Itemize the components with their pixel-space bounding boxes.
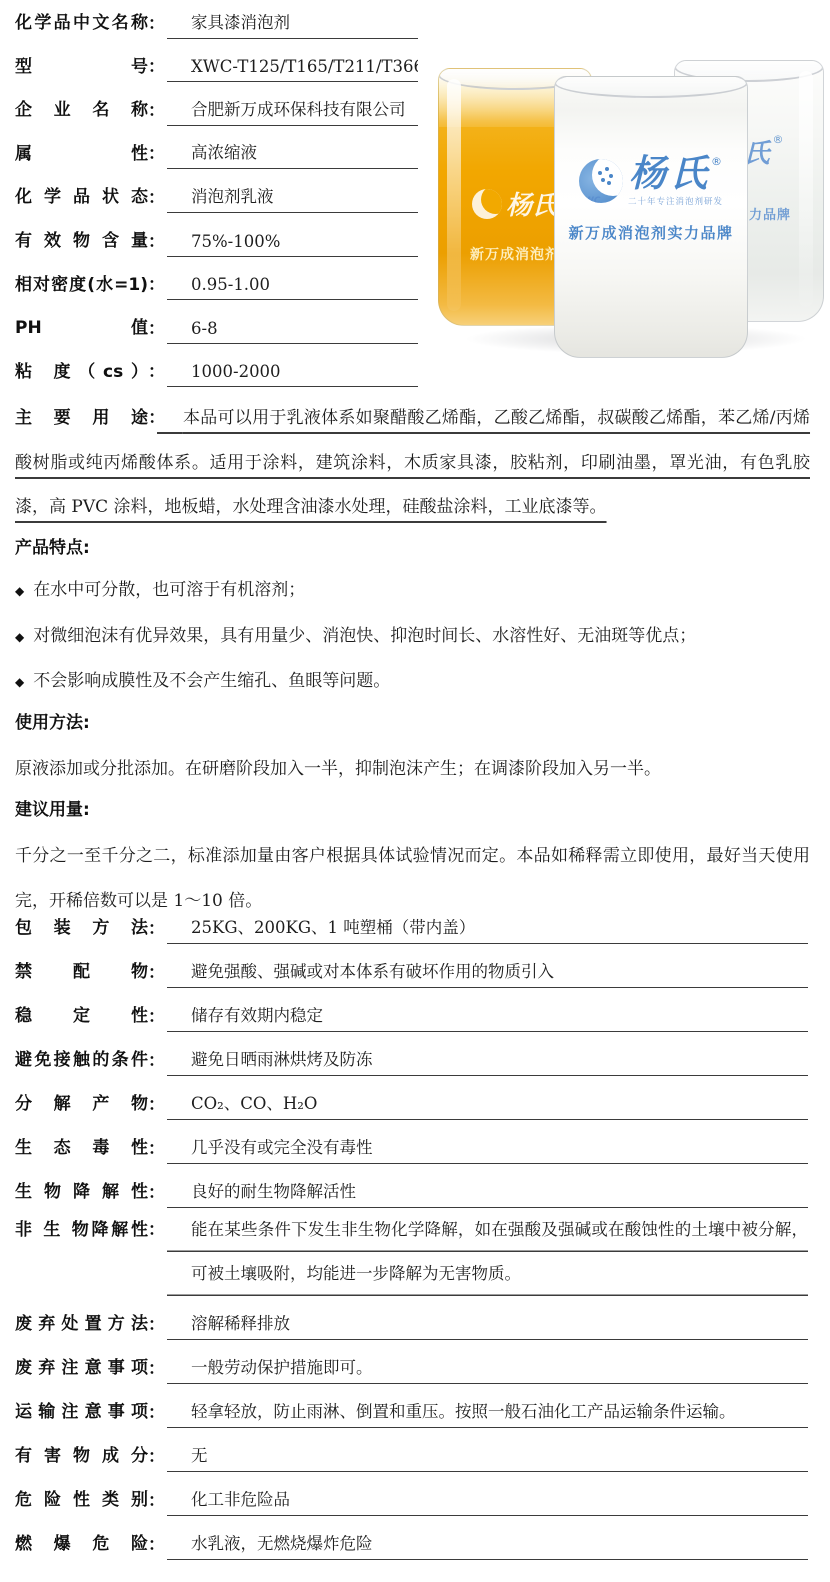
diamond-bullet-icon: ◆ xyxy=(15,675,24,689)
field-value: 水乳液，无燃烧爆炸危险 xyxy=(167,1530,808,1560)
field-viscosity: 粘 度（cs）： 1000-2000 xyxy=(15,344,418,388)
label-colon: ： xyxy=(148,1134,165,1164)
feature-item: ◆不会影响成膜性及不会产生缩孔、鱼眼等问题。 xyxy=(15,659,810,705)
field-value: 化工非危险品 xyxy=(167,1486,808,1516)
field-label: 包 装 方 法 xyxy=(15,919,148,944)
feature-item: ◆在水中可分散，也可溶于有机溶剂； xyxy=(15,568,810,614)
field-label: 废弃注意事项 xyxy=(15,1359,148,1384)
field-label: 燃 爆 危 险 xyxy=(15,1535,148,1560)
method-text: 原液添加或分批添加。在研磨阶段加入一半，抑制泡沫产生；在调漆阶段加入另一半。 xyxy=(15,747,810,792)
section-title: 产品特点: xyxy=(15,537,810,559)
label-colon: ： xyxy=(148,357,165,387)
label-colon: ： xyxy=(148,1090,165,1120)
field-label: 生 物 降 解 性 xyxy=(15,1183,148,1208)
field-label: 粘 度（cs） xyxy=(15,363,148,388)
tagline-main: 新万成消泡剂实力品牌 xyxy=(555,222,747,243)
label-colon: ： xyxy=(148,1046,165,1076)
field-hazard-class: 危 险 性 类 别： 化工非危险品 xyxy=(15,1472,808,1516)
field-main-usage: 主 要 用 途：本品可以用于乳液体系如聚醋酸乙烯酯，乙酸乙烯酯，叔碳酸乙烯酯，苯… xyxy=(15,396,810,530)
field-label: 避免接触的条件 xyxy=(15,1051,148,1076)
field-waste-disposal-method: 废弃处置方法： 溶解稀释排放 xyxy=(15,1296,808,1340)
field-packing-method: 包 装 方 法： 25KG、200KG、1 吨塑桶（带内盖） xyxy=(15,900,808,944)
field-value: 合肥新万成环保科技有限公司 xyxy=(167,96,418,126)
label-colon: ： xyxy=(148,1178,165,1208)
field-label: 企 业 名 称 xyxy=(15,101,148,126)
field-biodegradability: 生 物 降 解 性： 良好的耐生物降解活性 xyxy=(15,1164,808,1208)
field-label: 生 态 毒 性 xyxy=(15,1139,148,1164)
field-relative-density: 相对密度(水=1)： 0.95-1.00 xyxy=(15,257,418,301)
field-label: 主 要 用 途 xyxy=(15,396,148,441)
field-value: XWC-T125/T165/T211/T366 xyxy=(167,57,418,82)
field-ph-value: PH 值： 6-8 xyxy=(15,300,418,344)
field-label: 废弃处置方法 xyxy=(15,1315,148,1340)
moon-dots xyxy=(598,171,602,175)
field-waste-precautions: 废弃注意事项： 一般劳动保护措施即可。 xyxy=(15,1340,808,1384)
field-value: 良好的耐生物降解活性 xyxy=(167,1178,808,1208)
field-label: 非 生 物降解性 xyxy=(15,1208,148,1252)
moon-logo-icon: XWC xyxy=(579,159,623,203)
section-usage-method: 使用方法: 原液添加或分批添加。在研磨阶段加入一半，抑制泡沫产生；在调漆阶段加入… xyxy=(15,712,810,792)
field-incompatible-materials: 禁配物： 避免强酸、强碱或对本体系有破坏作用的物质引入 xyxy=(15,944,808,988)
field-value: 避免强酸、强碱或对本体系有破坏作用的物质引入 xyxy=(167,958,808,988)
label-colon: ： xyxy=(148,1208,165,1252)
section-title: 使用方法: xyxy=(15,712,810,734)
label-colon: ： xyxy=(148,227,165,257)
field-value: 一般劳动保护措施即可。 xyxy=(167,1354,808,1384)
tagline-small: 二十年专注消泡剂研发 xyxy=(628,195,723,207)
field-value: 消泡剂乳液 xyxy=(167,183,418,213)
product-photo-beakers: 杨氏 新万成消泡剂 杨氏® 泡剂实力品牌 XWC 杨氏® 二十年专注消泡剂研发 xyxy=(438,22,824,360)
registered-mark: ® xyxy=(773,133,784,146)
section-product-features: 产品特点: ◆在水中可分散，也可溶于有机溶剂； ◆对微细泡沫有优异效果，具有用量… xyxy=(15,537,810,705)
field-value: 储存有效期内稳定 xyxy=(167,1002,808,1032)
field-value: 几乎没有或完全没有毒性 xyxy=(167,1134,808,1164)
field-label: 禁配物 xyxy=(15,963,148,988)
field-value: 25KG、200KG、1 吨塑桶（带内盖） xyxy=(167,914,808,944)
field-property: 属性： 高浓缩液 xyxy=(15,126,418,170)
feature-text: 不会影响成膜性及不会产生缩孔、鱼眼等问题。 xyxy=(33,671,390,691)
field-company-name: 企 业 名 称： 合肥新万成环保科技有限公司 xyxy=(15,82,418,126)
brand-overlay-center: XWC 杨氏® 二十年专注消泡剂研发 新万成消泡剂实力品牌 xyxy=(555,155,747,243)
field-value: 高浓缩液 xyxy=(167,139,418,169)
label-colon: ： xyxy=(148,958,165,988)
label-colon: ： xyxy=(148,1486,165,1516)
beaker-rim xyxy=(554,76,748,98)
field-value: 能在某些条件下发生非生物化学降解，如在强酸及强碱或在酸蚀性的土壤中被分解，可被土… xyxy=(167,1208,808,1296)
brand-name: 杨氏 xyxy=(629,152,711,195)
field-active-content: 有 效 物 含 量： 75%-100% xyxy=(15,213,418,257)
field-label: 属性 xyxy=(15,145,148,170)
field-value: 轻拿轻放，防止雨淋、倒置和重压。按照一般石油化工产品运输条件运输。 xyxy=(167,1398,808,1428)
field-hazardous-components: 有 害 物 成 分： 无 xyxy=(15,1428,808,1472)
field-chemical-state: 化 学 品 状 态： 消泡剂乳液 xyxy=(15,169,418,213)
feature-text: 在水中可分散，也可溶于有机溶剂； xyxy=(33,580,305,600)
section-title: 建议用量: xyxy=(15,799,810,821)
field-value: 6-8 xyxy=(167,319,418,344)
field-conditions-to-avoid: 避免接触的条件： 避免日晒雨淋烘烤及防冻 xyxy=(15,1032,808,1076)
field-label: PH 值 xyxy=(15,319,148,344)
feature-text: 对微细泡沫有优异效果，具有用量少、消泡快、抑泡时间长、水溶性好、无油斑等优点； xyxy=(33,626,696,646)
label-colon: ： xyxy=(148,96,165,126)
bottom-fields: 包 装 方 法： 25KG、200KG、1 吨塑桶（带内盖） 禁配物： 避免强酸… xyxy=(15,900,808,1560)
label-colon: ： xyxy=(148,183,165,213)
label-colon: ： xyxy=(148,1310,165,1340)
field-value: 家具漆消泡剂 xyxy=(167,9,418,39)
field-chemical-name: 化学品中文名称： 家具漆消泡剂 xyxy=(15,0,418,39)
field-eco-toxicity: 生 态 毒 性： 几乎没有或完全没有毒性 xyxy=(15,1120,808,1164)
field-non-biodegradability: 非 生 物降解性： 能在某些条件下发生非生物化学降解，如在强酸及强碱或在酸蚀性的… xyxy=(15,1208,808,1296)
field-value: 75%-100% xyxy=(167,232,418,257)
xwc-logo-text: XWC xyxy=(579,196,600,203)
field-label: 稳定性 xyxy=(15,1007,148,1032)
brand-logo-row: XWC 杨氏® 二十年专注消泡剂研发 xyxy=(555,155,747,207)
field-stability: 稳定性： 储存有效期内稳定 xyxy=(15,988,808,1032)
feature-item: ◆对微细泡沫有优异效果，具有用量少、消泡快、抑泡时间长、水溶性好、无油斑等优点； xyxy=(15,614,810,660)
label-colon: ： xyxy=(148,1442,165,1472)
field-label: 分 解 产 物 xyxy=(15,1095,148,1120)
registered-mark: ® xyxy=(711,155,722,168)
label-colon: ： xyxy=(148,1002,165,1032)
field-transport-precautions: 运输注意事项： 轻拿轻放，防止雨淋、倒置和重压。按照一般石油化工产品运输条件运输… xyxy=(15,1384,808,1428)
moon-logo-icon xyxy=(472,189,502,219)
field-label: 有 害 物 成 分 xyxy=(15,1447,148,1472)
field-value: CO₂、CO、H₂O xyxy=(167,1090,808,1120)
label-colon: ： xyxy=(148,1354,165,1384)
label-colon: ： xyxy=(148,52,165,82)
feature-list: ◆在水中可分散，也可溶于有机溶剂； ◆对微细泡沫有优异效果，具有用量少、消泡快、… xyxy=(15,568,810,705)
field-value: 1000-2000 xyxy=(167,362,418,387)
field-model-number: 型号： XWC-T125/T165/T211/T366 xyxy=(15,39,418,83)
field-value: 无 xyxy=(167,1442,808,1472)
field-label: 有 效 物 含 量 xyxy=(15,232,148,257)
top-fields: 化学品中文名称： 家具漆消泡剂 型号： XWC-T125/T165/T211/T… xyxy=(15,0,418,387)
field-label: 化 学 品 状 态 xyxy=(15,188,148,213)
label-colon: ： xyxy=(148,270,165,300)
diamond-bullet-icon: ◆ xyxy=(15,584,24,598)
field-explosion-hazard: 燃 爆 危 险： 水乳液，无燃烧爆炸危险 xyxy=(15,1516,808,1560)
field-value: 溶解稀释排放 xyxy=(167,1310,808,1340)
label-colon: ： xyxy=(148,408,157,428)
field-label: 相对密度(水=1) xyxy=(15,276,148,301)
field-decomposition-products: 分 解 产 物： CO₂、CO、H₂O xyxy=(15,1076,808,1120)
label-colon: ： xyxy=(148,914,165,944)
label-colon: ： xyxy=(148,139,165,169)
label-colon: ： xyxy=(148,314,165,344)
field-label: 危 险 性 类 别 xyxy=(15,1491,148,1516)
label-colon: ： xyxy=(148,1530,165,1560)
field-label: 型号 xyxy=(15,58,148,83)
diamond-bullet-icon: ◆ xyxy=(15,630,24,644)
field-label: 化学品中文名称 xyxy=(15,14,148,39)
label-colon: ： xyxy=(148,1398,165,1428)
product-spec-sheet: 化学品中文名称： 家具漆消泡剂 型号： XWC-T125/T165/T211/T… xyxy=(0,0,830,1582)
beaker-white: XWC 杨氏® 二十年专注消泡剂研发 新万成消泡剂实力品牌 xyxy=(554,76,748,358)
field-label: 运输注意事项 xyxy=(15,1403,148,1428)
brand-name-partial: 杨氏 xyxy=(506,191,558,221)
field-value: 避免日晒雨淋烘烤及防冻 xyxy=(167,1046,808,1076)
field-value: 0.95-1.00 xyxy=(167,275,418,300)
label-colon: ： xyxy=(148,9,165,39)
